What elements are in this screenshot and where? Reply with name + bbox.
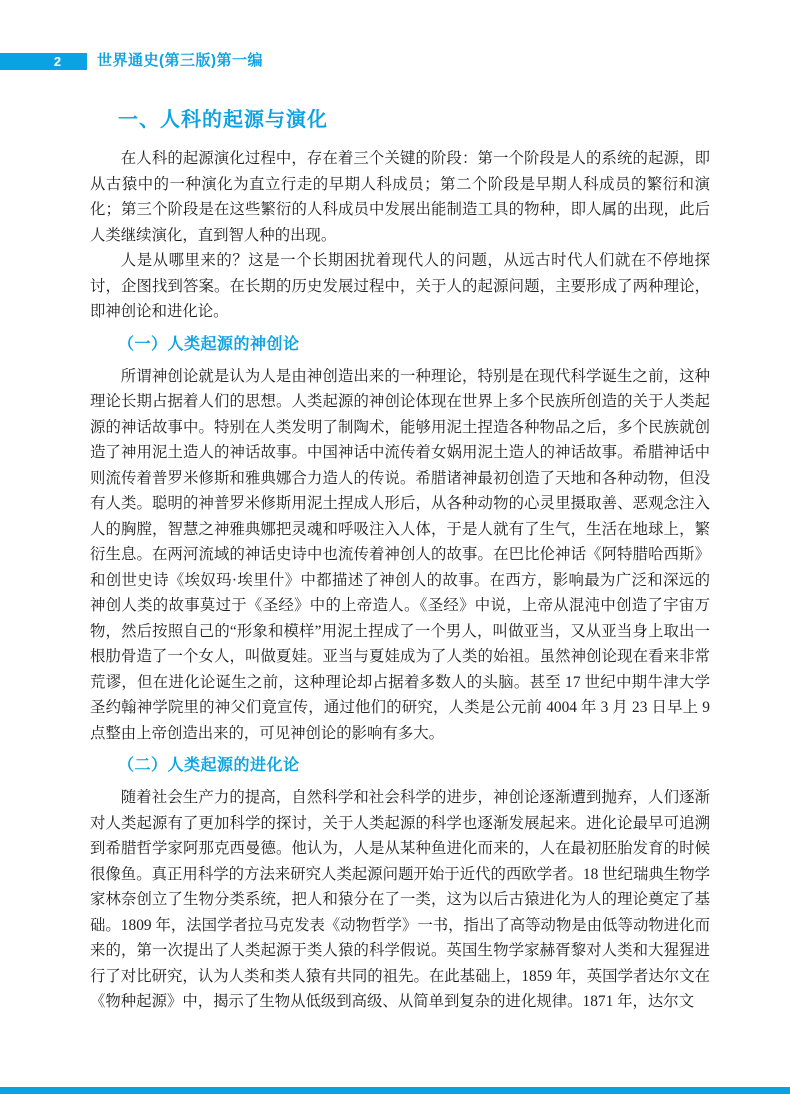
creationism-paragraph: 所谓神创论就是认为人是由神创造出来的一种理论，特别是在现代科学诞生之前，这种理论…: [90, 364, 710, 747]
intro-paragraph-2: 人是从哪里来的？这是一个长期困扰着现代人的问题，从远古时代人们就在不停地探讨，企…: [90, 248, 710, 325]
subsection-heading-evolution: （二）人类起源的进化论: [90, 754, 710, 778]
subsection-heading-creationism: （一）人类起源的神创论: [90, 333, 710, 357]
page-number-band: 2: [0, 53, 87, 70]
intro-paragraph-1: 在人科的起源演化过程中，存在着三个关键的阶段：第一个阶段是人的系统的起源，即从古…: [90, 146, 710, 248]
evolution-paragraph: 随着社会生产力的提高，自然科学和社会科学的进步，神创论逐渐遭到抛弃，人们逐渐对人…: [90, 785, 710, 1015]
footer-rule: [0, 1087, 790, 1094]
running-head-book-title: 世界通史(第三版)第一编: [97, 52, 263, 70]
section-heading: 一、人科的起源与演化: [118, 106, 710, 134]
page-body: 一、人科的起源与演化 在人科的起源演化过程中，存在着三个关键的阶段：第一个阶段是…: [90, 106, 710, 1015]
textbook-page: 2 世界通史(第三版)第一编 一、人科的起源与演化 在人科的起源演化过程中，存在…: [0, 0, 790, 1094]
